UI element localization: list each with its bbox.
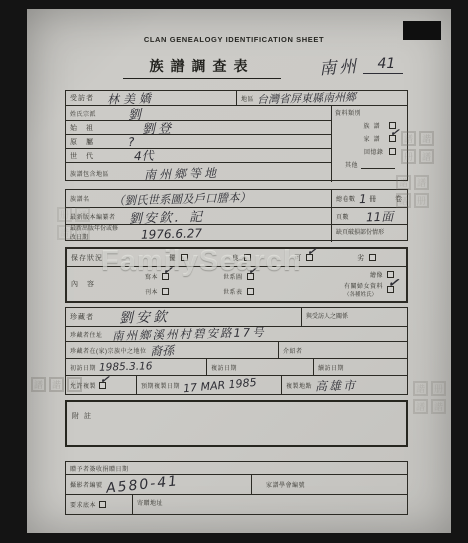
condition-label: 保存狀況 xyxy=(71,253,103,263)
notes-label: 附註 xyxy=(72,413,96,420)
photographer-no-cell: 攝影者編號 A580-41 xyxy=(66,475,251,494)
clan-position-cell: 珍藏者在(家)宗族中之地位 裔孫 xyxy=(66,342,278,358)
compiler-value: 劉安欽．記 xyxy=(129,206,204,227)
follow-visit-label: 續訪日期 xyxy=(318,363,344,372)
pubdate-cell: 最新出版年份或修改日期 1976.6.27 xyxy=(66,225,331,242)
clan-position-label: 珍藏者在(家)宗族中之地位 xyxy=(70,346,147,355)
checkbox-excellent xyxy=(181,254,188,261)
interviewee-label: 受訪者 xyxy=(70,93,94,103)
copy-place-cell: 複製地點 高雄市 xyxy=(281,376,407,394)
category-label: 資料類別 xyxy=(335,108,405,117)
generations-value: 4代 xyxy=(134,147,154,165)
genealogy-name-cell: 族譜名 （劉氏世系圖及戶口謄本） xyxy=(66,190,331,207)
follow-visit-cell: 續訪日期 xyxy=(313,359,407,375)
custodian-label: 珍藏者 xyxy=(70,312,116,322)
genealogy-name-value: （劉氏世系圖及戶口謄本） xyxy=(113,189,251,209)
photographer-no-value: A580-41 xyxy=(105,473,179,497)
checkbox-poor xyxy=(369,254,376,261)
volume-count-cell: 總卷數 1 冊 卷 xyxy=(331,190,407,207)
pages-label: 頁數 xyxy=(336,212,349,221)
second-visit-cell: 複訪日期 xyxy=(206,359,313,375)
copy-place-value: 高雄市 xyxy=(315,376,357,394)
office-use-table: 贈予者簽收捐贈日期 攝影者編號 A580-41 家譜學會編號 要求底本 寄贈地 xyxy=(65,461,408,515)
volume-count-value: 1 xyxy=(358,191,366,205)
introducer-cell: 介紹者 xyxy=(278,342,407,358)
copy-date-cell: 預期複製日期 17 MAR 1985 xyxy=(136,376,281,394)
contents-option: 寫本✓ xyxy=(145,272,223,281)
condition-option: 優 xyxy=(169,253,188,263)
society-no-label: 家譜學會編號 xyxy=(266,480,305,489)
send-address-cell: 寄贈地址 xyxy=(132,495,407,514)
checkbox-memoir xyxy=(389,148,396,155)
clan-position-value: 裔孫 xyxy=(149,341,173,359)
unit-volume: 卷 xyxy=(395,194,403,204)
surname-label: 姓氏宗派 xyxy=(70,109,124,118)
surname-value: 劉 xyxy=(128,103,142,122)
coverage-label: 族譜包含地區 xyxy=(70,169,124,178)
condition-option: 良 xyxy=(232,253,251,263)
compiler-label: 最新版本編纂者 xyxy=(70,212,126,221)
volume-count-label: 總卷數 xyxy=(336,194,356,203)
sheet-number: 41 xyxy=(363,56,403,74)
area-label: 地區 xyxy=(241,94,254,103)
request-copy-cell: 要求底本 xyxy=(66,495,132,514)
copy-date-value: 17 MAR 1985 xyxy=(183,375,258,394)
pubdate-label: 最新出版年份或修改日期 xyxy=(70,225,122,241)
category-option: 家譜 ✓ xyxy=(335,134,405,143)
contents-label-cell: 內容 xyxy=(67,267,139,301)
pubdate-value: 1976.6.27 xyxy=(141,226,202,242)
custodian-address-cell: 珍藏者住址 南州鄉溪州村碧安路17号 xyxy=(66,327,407,341)
category-panel: 資料類別 族譜 家譜 ✓ 回憶錄 其他 xyxy=(331,106,408,182)
checkbox-printed xyxy=(162,288,169,295)
custodian-value: 劉安欽 xyxy=(119,306,171,327)
condition-option: 劣 xyxy=(357,253,376,263)
ghost-stamp: 諧册 譜諧 xyxy=(413,381,450,414)
condition-table: 保存狀況 優 良 可✓ 劣 內容 寫本✓ 刊本 xyxy=(65,247,408,303)
condition-options: 優 良 可✓ 劣 xyxy=(139,253,406,263)
permission-cell: 允許複製 ✓ xyxy=(66,376,136,394)
copy-date-label: 預期複製日期 xyxy=(141,381,180,390)
checkbox-copy-permission: ✓ xyxy=(99,382,106,389)
ancestor-value: 劉登 xyxy=(142,118,175,138)
women-data-subnote: （各種姓氏） xyxy=(344,290,377,298)
notes-box: 附註 xyxy=(65,400,408,447)
contents-option: 繪像 xyxy=(313,270,400,279)
custodian-name-cell: 珍藏者 劉安欽 xyxy=(66,308,301,326)
form-title-english: CLAN GENEALOGY IDENTIFICATION SHEET xyxy=(27,35,441,44)
origin-label: 原屬 xyxy=(70,137,124,147)
checkbox-pedigree-table xyxy=(247,288,254,295)
volume-table: 族譜名 （劉氏世系圖及戶口謄本） 總卷數 1 冊 卷 最新版本編纂者 劉安欽．記… xyxy=(65,189,408,241)
custodian-address-label: 珍藏者住址 xyxy=(70,330,103,339)
contents-option: 世系圖✓ xyxy=(223,272,313,281)
microfilm-scan-frame: CLAN GENEALOGY IDENTIFICATION SHEET 族譜調查… xyxy=(0,0,468,543)
donation-date-label: 贈予者簽收捐贈日期 xyxy=(70,464,129,473)
category-option: 回憶錄 xyxy=(335,147,405,156)
checkbox-fair: ✓ xyxy=(306,254,313,261)
copy-place-label: 複製地點 xyxy=(286,381,312,390)
donation-date-cell: 贈予者簽收捐贈日期 xyxy=(66,462,407,474)
generations-label: 世代 xyxy=(70,151,124,161)
checkbox-request-copy xyxy=(99,501,106,508)
coverage-value: 南州鄉等地 xyxy=(144,164,219,183)
first-visit-value: 1985.3.16 xyxy=(99,360,153,373)
other-blank-line xyxy=(361,162,395,169)
handwritten-annotation: 南州 41 xyxy=(319,53,403,79)
contents-options: 寫本✓ 刊本 世系圖✓ 世系表 繪像 有關婦女資料 （各種姓氏） xyxy=(139,267,406,301)
condition-label-cell: 保存狀況 xyxy=(67,249,139,266)
photographer-no-label: 攝影者編號 xyxy=(70,480,103,489)
ancestor-label: 始祖 xyxy=(70,123,124,133)
checkbox-family-genealogy: ✓ xyxy=(389,135,396,142)
checkbox-pedigree-chart: ✓ xyxy=(247,273,254,280)
contents-option: 刊本 xyxy=(145,287,223,296)
introducer-label: 介紹者 xyxy=(283,346,303,355)
first-visit-cell: 初訪日期 1985.3.16 xyxy=(66,359,206,375)
genealogy-name-label: 族譜名 xyxy=(70,194,110,203)
checkbox-manuscript: ✓ xyxy=(162,273,169,280)
first-visit-label: 初訪日期 xyxy=(70,363,96,372)
checkbox-good xyxy=(244,254,251,261)
condition-option: 可✓ xyxy=(294,253,313,263)
identity-table: 受訪者 林美嬌 地區 台灣省屏東縣南州鄉 姓氏宗派 劉 始祖 劉登 xyxy=(65,90,408,181)
area-cell: 地區 台灣省屏東縣南州鄉 xyxy=(236,91,407,105)
damage-label: 缺頁破損部份情形 xyxy=(336,229,384,237)
form-title-chinese: 族譜調查表 xyxy=(123,56,281,79)
permission-label: 允許複製 xyxy=(70,381,96,390)
compiler-cell: 最新版本編纂者 劉安欽．記 xyxy=(66,208,331,224)
contents-label: 內容 xyxy=(71,279,103,289)
second-visit-label: 複訪日期 xyxy=(211,363,237,372)
contents-option: 世系表 xyxy=(223,287,313,296)
damage-cell: 缺頁破損部份情形 xyxy=(331,225,407,242)
pages-cell: 頁數 11面 xyxy=(331,208,407,224)
interviewee-cell: 受訪者 林美嬌 xyxy=(66,91,236,105)
pages-value: 11面 xyxy=(366,207,394,225)
send-address-label: 寄贈地址 xyxy=(137,498,163,507)
scanned-form-page: CLAN GENEALOGY IDENTIFICATION SHEET 族譜調查… xyxy=(27,9,451,533)
unit-book: 冊 xyxy=(369,194,377,204)
relation-cell: 與受訪人之關係 xyxy=(301,308,407,326)
society-no-cell: 家譜學會編號 xyxy=(251,475,407,494)
relation-label: 與受訪人之關係 xyxy=(306,313,348,321)
checkbox-women-data: ✓ xyxy=(387,286,394,293)
contents-option: 有關婦女資料 （各種姓氏） ✓ xyxy=(313,281,400,298)
request-copy-label: 要求底本 xyxy=(70,500,96,509)
custodian-table: 珍藏者 劉安欽 與受訪人之關係 珍藏者住址 南州鄉溪州村碧安路17号 珍藏者在(… xyxy=(65,307,408,395)
category-other: 其他 xyxy=(335,160,405,169)
region-note: 南州 xyxy=(318,52,360,80)
